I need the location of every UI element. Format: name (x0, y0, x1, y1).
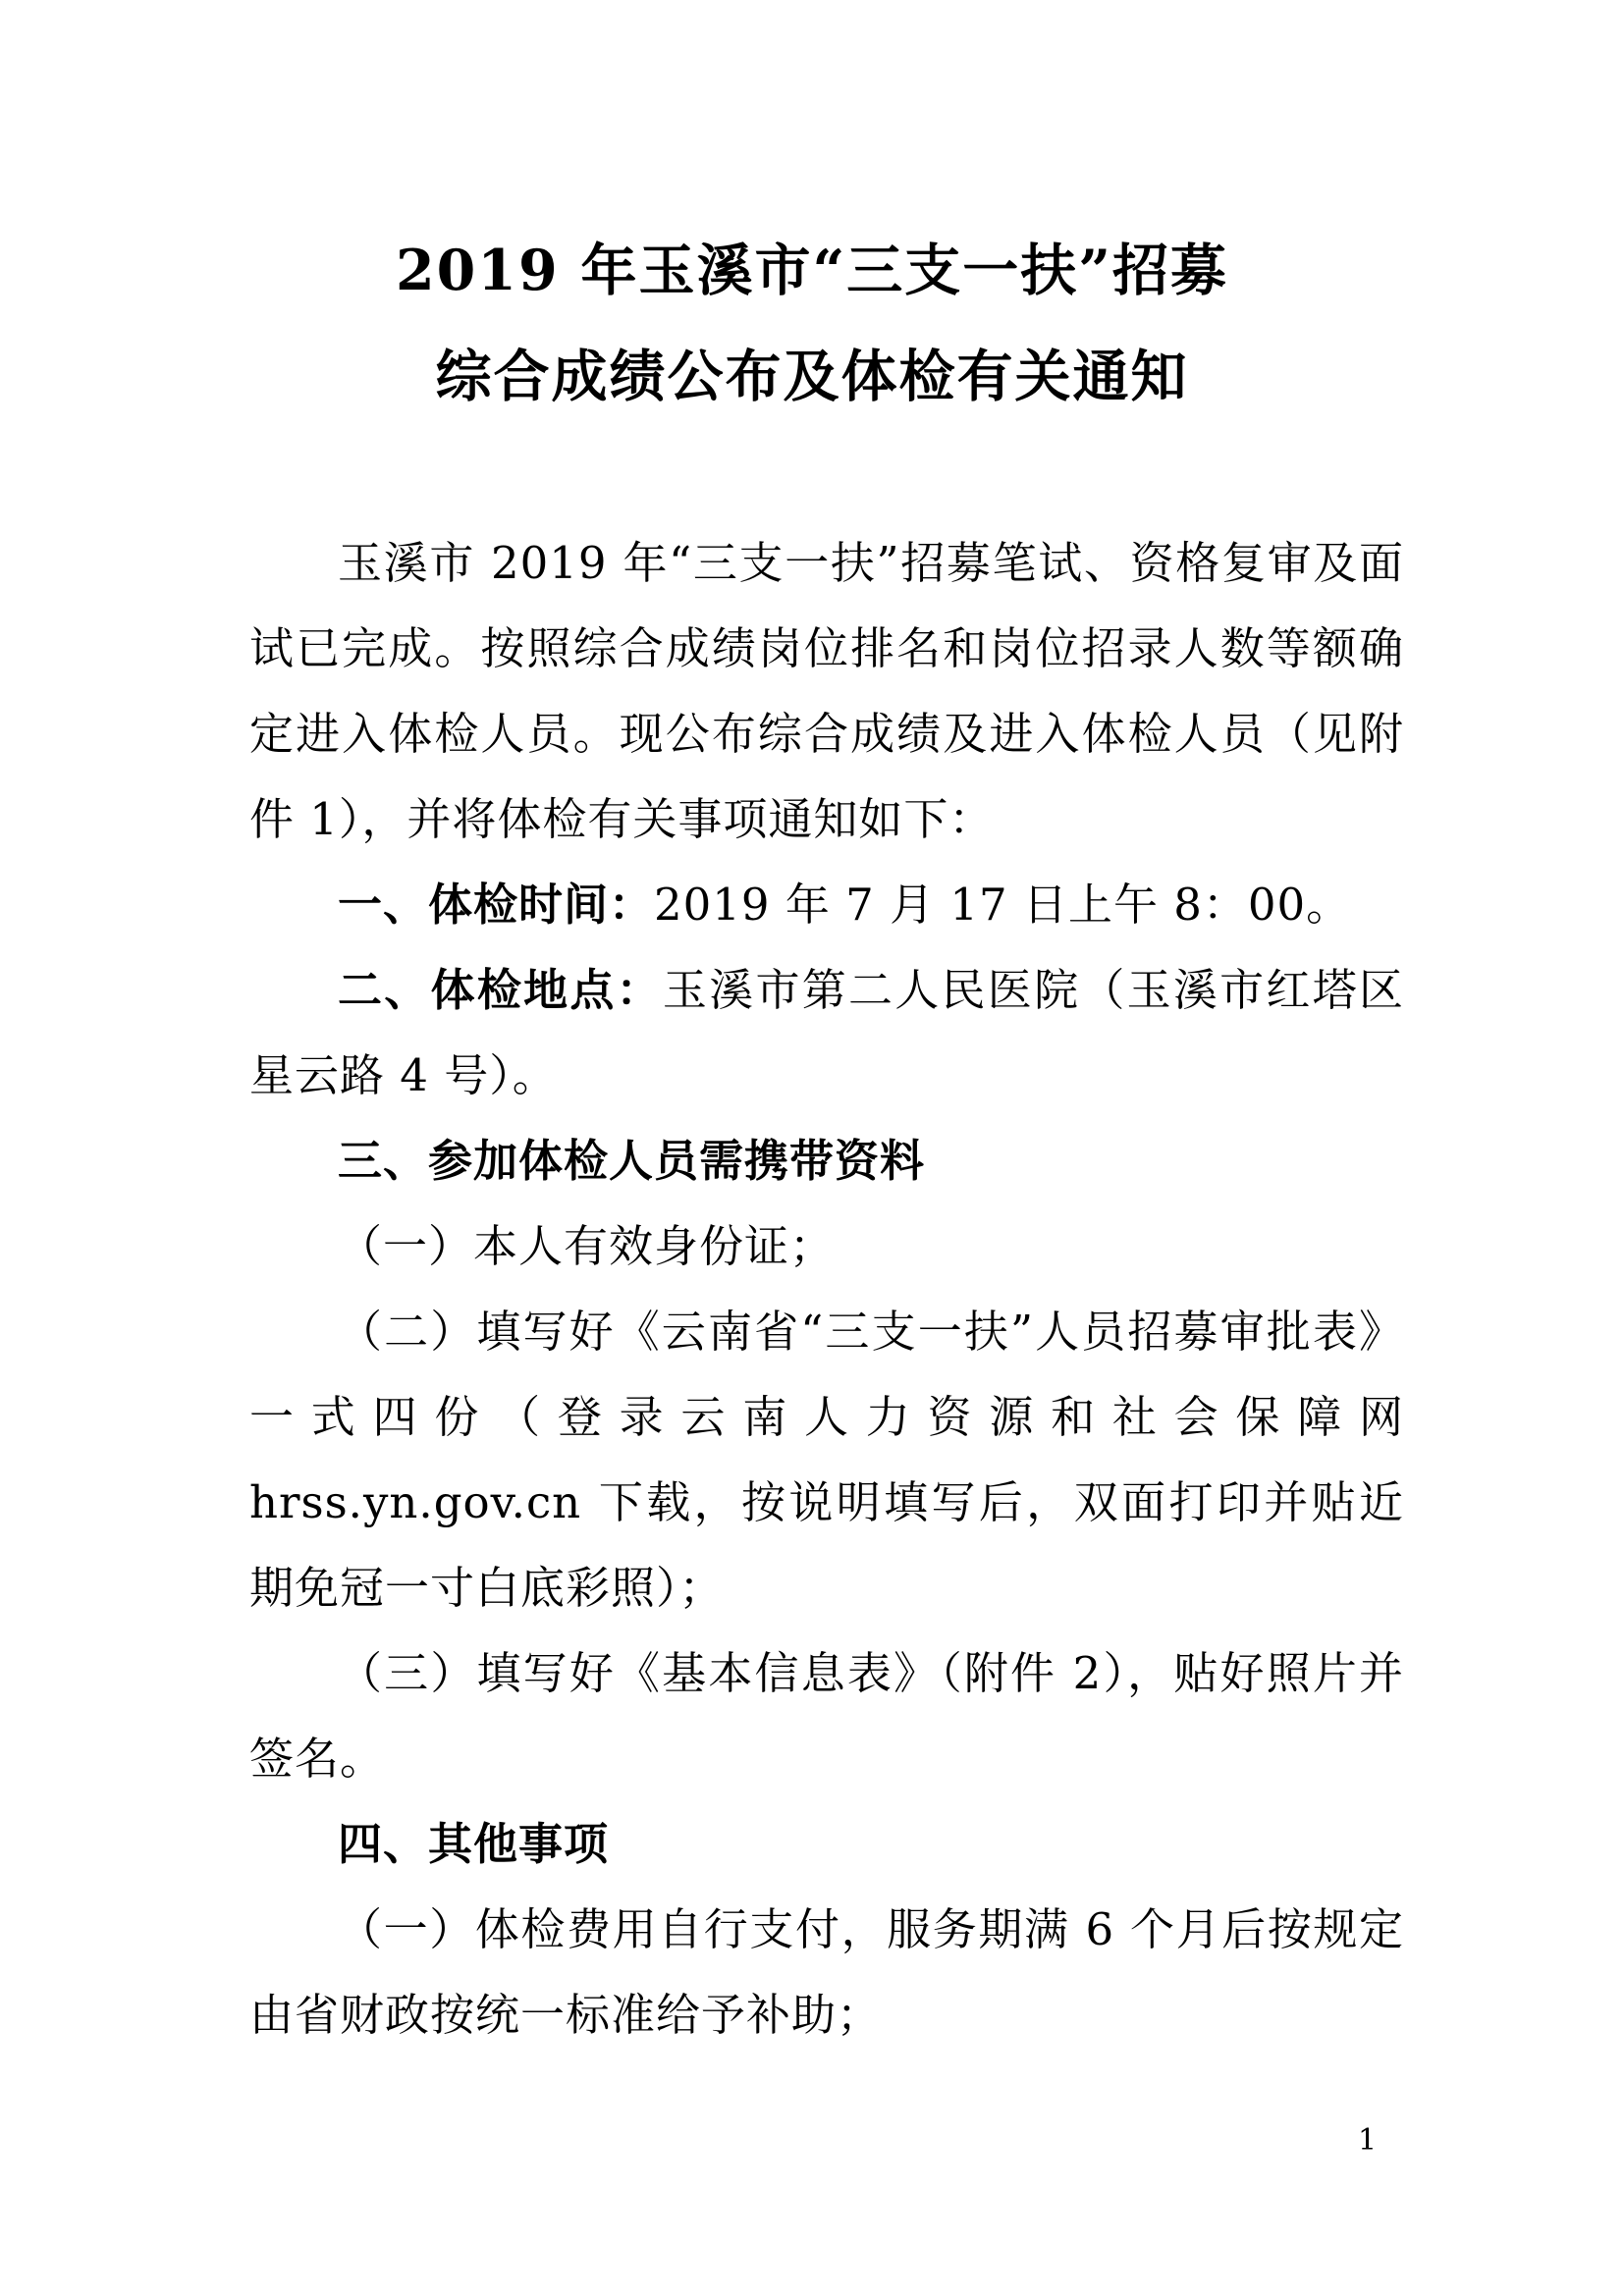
document-body: 玉溪市 2019 年“三支一扶”招募笔试、资格复审及面试已完成。按照综合成绩岗位… (249, 520, 1404, 2057)
item-exam-location: 二、体检地点：玉溪市第二人民医院（玉溪市红塔区星云路 4 号）。 (249, 947, 1404, 1118)
document-title-line-2: 综合成绩公布及体检有关通知 (0, 324, 1624, 430)
page-number: 1 (1358, 2123, 1377, 2159)
other-item-exam-fee-text: （一）体检费用自行支付，服务期满 6 个月后按规定由省财政按统一标准给予补助； (249, 1903, 1404, 2041)
exam-location-heading: 二、体检地点： (338, 964, 663, 1016)
heading-materials: 三、参加体检人员需携带资料 (249, 1118, 1404, 1203)
material-item-approval-form: （二）填写好《云南省“三支一扶”人员招募审批表》一式四份（登录云南人力资源和社会… (249, 1289, 1404, 1630)
document-title-line-1: 2019 年玉溪市“三支一扶”招募 (0, 218, 1624, 324)
item-exam-time: 一、体检时间：2019 年 7 月 17 日上午 8：00。 (249, 862, 1404, 947)
other-item-exam-fee: （一）体检费用自行支付，服务期满 6 个月后按规定由省财政按统一标准给予补助； (249, 1887, 1404, 2057)
material-item-basic-info-form-text: （三）填写好《基本信息表》（附件 2），贴好照片并签名。 (249, 1647, 1404, 1785)
exam-time-text: 2019 年 7 月 17 日上午 8：00。 (654, 879, 1351, 931)
material-item-id-card: （一）本人有效身份证； (249, 1203, 1404, 1289)
exam-time-heading: 一、体检时间： (338, 879, 654, 931)
heading-other-matters: 四、其他事项 (249, 1801, 1404, 1887)
material-item-id-card-text: （一）本人有效身份证； (338, 1220, 835, 1272)
materials-heading-text: 三、参加体检人员需携带资料 (338, 1135, 925, 1187)
other-matters-heading-text: 四、其他事项 (338, 1818, 609, 1870)
notice-page: 2019 年玉溪市“三支一扶”招募 综合成绩公布及体检有关通知 玉溪市 2019… (0, 0, 1624, 2296)
intro-paragraph: 玉溪市 2019 年“三支一扶”招募笔试、资格复审及面试已完成。按照综合成绩岗位… (249, 520, 1404, 862)
material-item-approval-form-text: （二）填写好《云南省“三支一扶”人员招募审批表》一式四份（登录云南人力资源和社会… (249, 1306, 1404, 1614)
material-item-basic-info-form: （三）填写好《基本信息表》（附件 2），贴好照片并签名。 (249, 1630, 1404, 1801)
intro-paragraph-text: 玉溪市 2019 年“三支一扶”招募笔试、资格复审及面试已完成。按照综合成绩岗位… (249, 537, 1404, 845)
document-title: 2019 年玉溪市“三支一扶”招募 综合成绩公布及体检有关通知 (0, 218, 1624, 430)
